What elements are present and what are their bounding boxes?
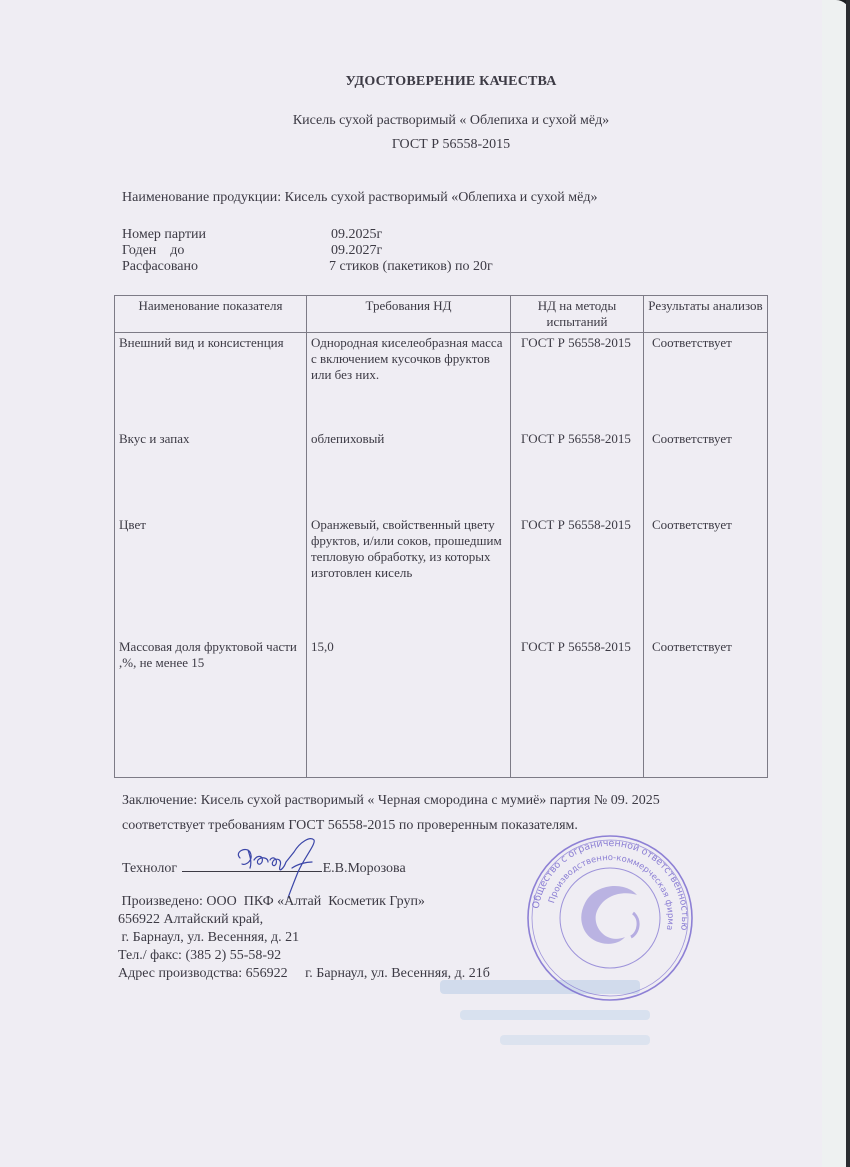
indicator-cell: Внешний вид и консистенция	[115, 333, 307, 428]
product-name-line: Наименование продукции: Кисель сухой рас…	[122, 190, 597, 206]
scanner-edge-right	[846, 0, 850, 1167]
conclusion-line-2: соответствует требованиям ГОСТ 56558-201…	[122, 818, 578, 834]
producer-phone: Тел./ факс: (385 2) 55-58-92	[118, 947, 281, 965]
method-cell: ГОСТ Р 56558-2015	[511, 427, 644, 517]
result-cell: Соответствует	[644, 427, 768, 517]
table-row: Цвет Оранжевый, свойственный цвету фрукт…	[115, 517, 768, 631]
standard-subtitle: ГОСТ Р 56558-2015	[0, 137, 822, 153]
expiry-value: 09.2027г	[331, 243, 382, 259]
result-cell: Соответствует	[644, 517, 768, 631]
table-row: Вкус и запах облепиховый ГОСТ Р 56558-20…	[115, 427, 768, 517]
requirement-cell: облепиховый	[307, 427, 511, 517]
requirement-cell: 15,0	[307, 631, 511, 778]
document-title: УДОСТОВЕРЕНИЕ КАЧЕСТВА	[0, 74, 822, 90]
result-cell: Соответствует	[644, 333, 768, 428]
header-result: Результаты анализов	[644, 296, 768, 333]
header-indicator: Наименование показателя	[115, 296, 307, 333]
producer-region: 656922 Алтайский край,	[118, 911, 263, 929]
packaging-label: Расфасовано	[122, 259, 198, 275]
indicator-cell: Массовая доля фруктовой части ,%, не мен…	[115, 631, 307, 778]
batch-number-value: 09.2025г	[331, 227, 382, 243]
header-requirement: Требования НД	[307, 296, 511, 333]
requirement-cell: Однородная киселеобразная масса с включе…	[307, 333, 511, 428]
table-row: Внешний вид и консистенция Однородная ки…	[115, 333, 768, 428]
expiry-label: Годен до	[122, 243, 184, 259]
header-method: НД на методы испытаний	[511, 296, 644, 333]
conclusion-line-1: Заключение: Кисель сухой растворимый « Ч…	[122, 793, 660, 809]
technologist-role: Технолог	[122, 861, 177, 876]
signature-icon	[228, 832, 338, 902]
method-cell: ГОСТ Р 56558-2015	[511, 333, 644, 428]
method-cell: ГОСТ Р 56558-2015	[511, 517, 644, 631]
batch-number-label: Номер партии	[122, 227, 206, 243]
producer-company: Произведено: ООО ПКФ «Алтай Косметик Гру…	[118, 893, 425, 911]
indicator-cell: Вкус и запах	[115, 427, 307, 517]
table-row: Массовая доля фруктовой части ,%, не мен…	[115, 631, 768, 778]
producer-address: г. Барнаул, ул. Весенняя, д. 21	[118, 929, 299, 947]
packaging-value: 7 стиков (пакетиков) по 20г	[329, 259, 493, 275]
requirement-cell: Оранжевый, свойственный цвету фруктов, и…	[307, 517, 511, 631]
product-subtitle: Кисель сухой растворимый « Облепиха и су…	[0, 113, 822, 129]
quality-table: Наименование показателя Требования НД НД…	[114, 295, 768, 778]
result-cell: Соответствует	[644, 631, 768, 778]
method-cell: ГОСТ Р 56558-2015	[511, 631, 644, 778]
indicator-cell: Цвет	[115, 517, 307, 631]
company-seal-icon: Общество с ограниченной ответственностью…	[525, 833, 695, 1003]
table-header-row: Наименование показателя Требования НД НД…	[115, 296, 768, 333]
